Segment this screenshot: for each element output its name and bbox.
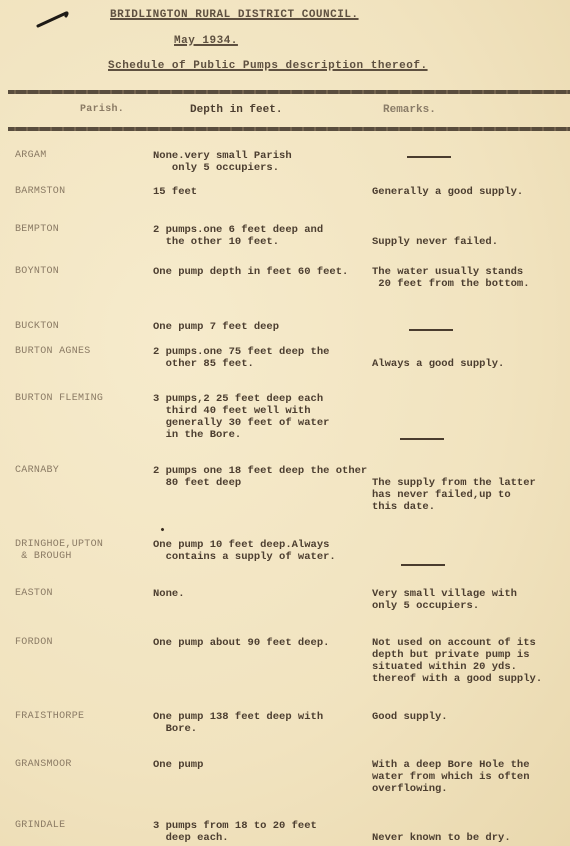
- no-remark-dash: [400, 438, 444, 440]
- depth-cell: None.: [153, 588, 185, 600]
- ink-fleck: [160, 527, 164, 531]
- header-rule: [8, 127, 570, 131]
- parish-cell: FRAISTHORPE: [15, 711, 84, 723]
- parish-cell: DRINGHOE,UPTON & BROUGH: [15, 539, 103, 563]
- depth-cell: One pump 7 feet deep: [153, 321, 279, 333]
- pen-mark-icon: [36, 9, 72, 29]
- parish-cell: BURTON FLEMING: [15, 393, 103, 405]
- depth-cell: None.very small Parish only 5 occupiers.: [153, 150, 292, 174]
- depth-cell: 2 pumps.one 75 feet deep the other 85 fe…: [153, 346, 329, 370]
- remark-cell: The supply from the latter has never fai…: [372, 465, 536, 513]
- document-title: Schedule of Public Pumps description the…: [108, 60, 428, 72]
- document-date: May 1934.: [174, 35, 238, 47]
- parish-cell: BEMPTON: [15, 224, 59, 236]
- depth-cell: 2 pumps.one 6 feet deep and the other 10…: [153, 224, 323, 248]
- remark-cell: Never known to be dry.: [372, 820, 511, 844]
- top-rule: [8, 90, 570, 94]
- council-heading: BRIDLINGTON RURAL DISTRICT COUNCIL.: [110, 9, 359, 21]
- depth-cell: 15 feet: [153, 186, 197, 198]
- parish-cell: BOYNTON: [15, 266, 59, 278]
- depth-cell: 3 pumps from 18 to 20 feet deep each.: [153, 820, 317, 844]
- parish-cell: CARNABY: [15, 465, 59, 477]
- depth-cell: 2 pumps one 18 feet deep the other 80 fe…: [153, 465, 367, 489]
- remark-cell: The water usually stands 20 feet from th…: [372, 266, 530, 290]
- remark-cell: Not used on account of its depth but pri…: [372, 637, 542, 685]
- parish-cell: ARGAM: [15, 150, 47, 162]
- no-remark-dash: [401, 564, 445, 566]
- parish-cell: FORDON: [15, 637, 53, 649]
- remark-cell: Very small village with only 5 occupiers…: [372, 588, 517, 612]
- column-header-depth: Depth in feet.: [190, 104, 282, 116]
- document-page: BRIDLINGTON RURAL DISTRICT COUNCIL. May …: [0, 0, 570, 846]
- parish-cell: BARMSTON: [15, 186, 65, 198]
- remark-cell: With a deep Bore Hole the water from whi…: [372, 759, 530, 795]
- depth-cell: 3 pumps,2 25 feet deep each third 40 fee…: [153, 393, 329, 441]
- no-remark-dash: [409, 329, 453, 331]
- depth-cell: One pump 10 feet deep.Always contains a …: [153, 539, 336, 563]
- depth-cell: One pump: [153, 759, 203, 771]
- depth-cell: One pump 138 feet deep with Bore.: [153, 711, 323, 735]
- remark-cell: Always a good supply.: [372, 346, 504, 370]
- parish-cell: BURTON AGNES: [15, 346, 91, 358]
- parish-cell: GRINDALE: [15, 820, 65, 832]
- remark-cell: Supply never failed.: [372, 224, 498, 248]
- parish-cell: EASTON: [15, 588, 53, 600]
- parish-cell: BUCKTON: [15, 321, 59, 333]
- no-remark-dash: [407, 156, 451, 158]
- depth-cell: One pump depth in feet 60 feet.: [153, 266, 348, 278]
- parish-cell: GRANSMOOR: [15, 759, 72, 771]
- remark-cell: Generally a good supply.: [372, 186, 523, 198]
- column-header-parish: Parish.: [80, 104, 124, 115]
- depth-cell: One pump about 90 feet deep.: [153, 637, 329, 649]
- column-header-remarks: Remarks.: [383, 104, 436, 116]
- remark-cell: Good supply.: [372, 711, 448, 723]
